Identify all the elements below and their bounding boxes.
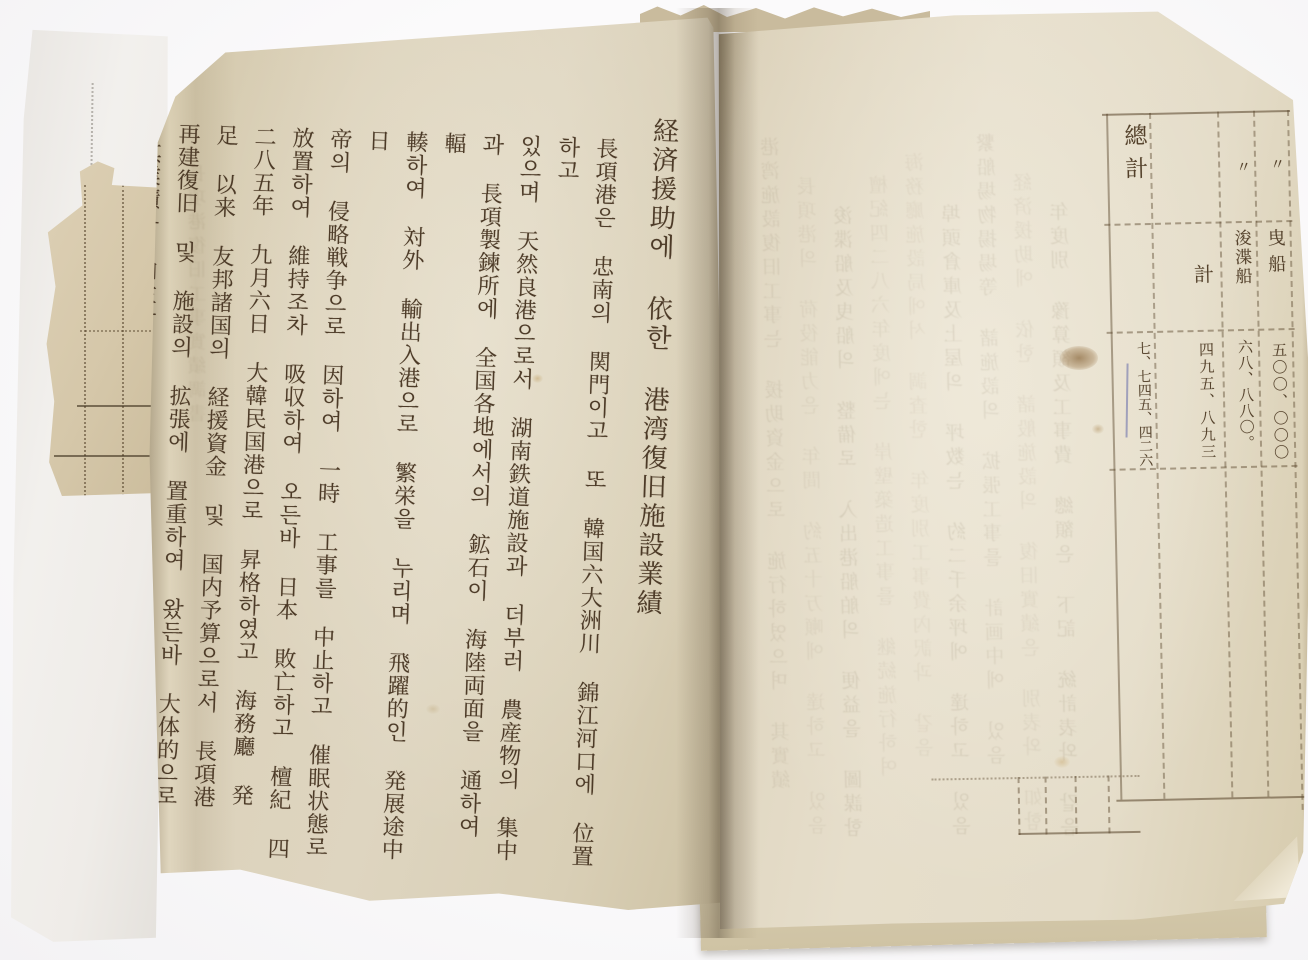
table-rule — [1107, 775, 1110, 833]
table-bottom-fragment — [1018, 775, 1141, 835]
table-cell-dredger-label: 浚渫船 — [1221, 229, 1255, 328]
table-rule — [1074, 776, 1077, 834]
table-cell-subtotal-label: 計 — [1157, 264, 1218, 329]
table-value-subtotal: 四九五、八九三 — [1161, 342, 1220, 467]
summary-table: 總計 〃 〃 計 浚渫船 曳船 七、七四五、四二六 四九五、八九三 六八、八八〇… — [1102, 110, 1304, 802]
table-rule — [1107, 328, 1295, 334]
table-value-grand-total: 七、七四五、四二六 — [1115, 341, 1156, 468]
table-cell-ditto: 〃 — [1222, 159, 1255, 220]
fragment-rule-line — [84, 185, 86, 496]
table-rule — [1102, 110, 1290, 116]
paper-stain — [1060, 346, 1098, 370]
photo-scene: 長項港復旧工事實績調書 経済援助에 依한 港湾復旧施設業績 長項港은 忠南의 関… — [0, 0, 1308, 960]
paper-stain — [1092, 424, 1104, 434]
handwritten-text-block: 経済援助에 依한 港湾復旧施設業績 長項港은 忠南의 関門이고 또 韓国六大洲川… — [216, 103, 687, 888]
paper-stain — [532, 374, 543, 383]
table-cell-tugboat-label: 曳船 — [1257, 228, 1289, 325]
paper-stain — [1054, 756, 1070, 768]
page-corner-fold — [1228, 832, 1300, 904]
left-page: 長項港復旧工事實績調書 経済援助에 依한 港湾復旧施設業績 長項港은 忠南의 関… — [146, 14, 734, 932]
table-value-tugboat: 五〇〇、〇〇〇 — [1260, 342, 1293, 467]
table-rule — [1044, 777, 1047, 835]
paper-stain — [426, 704, 440, 714]
table-rule — [1018, 777, 1021, 835]
document-title: 経済援助에 依한 港湾復旧施設業績 — [614, 116, 687, 887]
table-rule — [1116, 796, 1304, 802]
right-page: 港湾施設復旧工事는 援助資金으로 施行하였으며 其實績 長項港의 荷役能力은 年… — [714, 6, 1308, 946]
table-value-dredger: 六八、八八〇。 — [1224, 339, 1259, 466]
table-cell-ditto: 〃 — [1258, 156, 1289, 217]
fragment-rule-line — [122, 185, 124, 496]
table-cell-grand-total: 總計 — [1110, 123, 1152, 224]
